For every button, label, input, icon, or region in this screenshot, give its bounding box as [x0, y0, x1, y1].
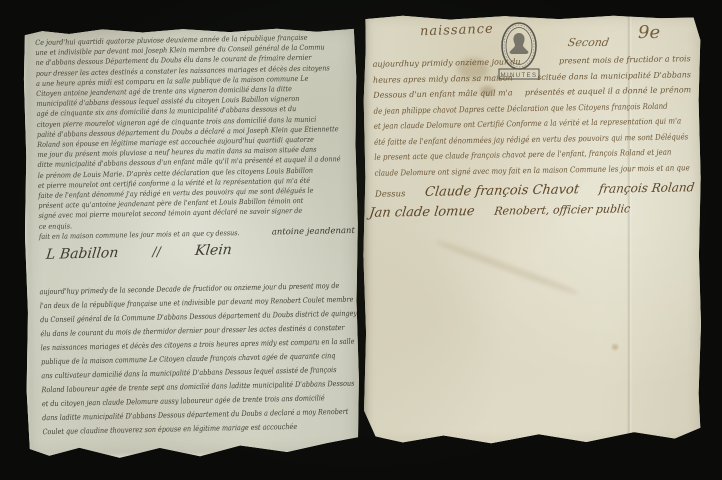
- signature-roland: françois Roland: [599, 180, 696, 196]
- closing-word: Dessus: [375, 189, 406, 200]
- birth-act-1: Ce jourd'hui quartidi quatorze pluviose …: [35, 32, 355, 242]
- right-page: naissance Second 9e MINUTES aujourdhuy p…: [362, 14, 702, 445]
- bust-icon: [510, 33, 529, 54]
- signature-babillon: L Babillon: [45, 245, 119, 263]
- father-signature: antoine jeandenant: [272, 226, 355, 238]
- scanned-document-photo: Ce jourd'hui quartidi quatorze pluviose …: [0, 0, 722, 480]
- record-type-heading: naissance: [420, 23, 494, 40]
- birth-act-3: aujourdhuy primidy onzieme jour du prese…: [373, 51, 694, 221]
- signature-chavot: Claude françois Chavot: [424, 182, 580, 200]
- signatures-act1: L Babillon // Klein: [46, 242, 232, 263]
- left-page: Ce jourd'hui quartidi quatorze pluviose …: [22, 25, 361, 460]
- paper-stain: [612, 344, 618, 350]
- margin-note-second: Second: [567, 36, 610, 49]
- paper-scratch: [435, 239, 578, 297]
- birth-act-2: aujourd'huy primedy de la seconde Decade…: [39, 279, 356, 440]
- signature-delomure: Jan clade lomue: [368, 204, 475, 221]
- line-right-part: présentés et auquel il a donné le prénom: [525, 82, 692, 100]
- margin-note-number: 9e: [638, 22, 660, 43]
- signature-officer: Renobert, officier public: [494, 202, 632, 217]
- signature-klein: Klein: [194, 242, 233, 259]
- signatures-act3-row2: Jan clade lomue Renobert, officier publi…: [375, 200, 693, 221]
- signatures-act3-row1: Dessus Claude françois Chavot françois R…: [375, 180, 693, 201]
- signature-flourish: //: [152, 245, 161, 260]
